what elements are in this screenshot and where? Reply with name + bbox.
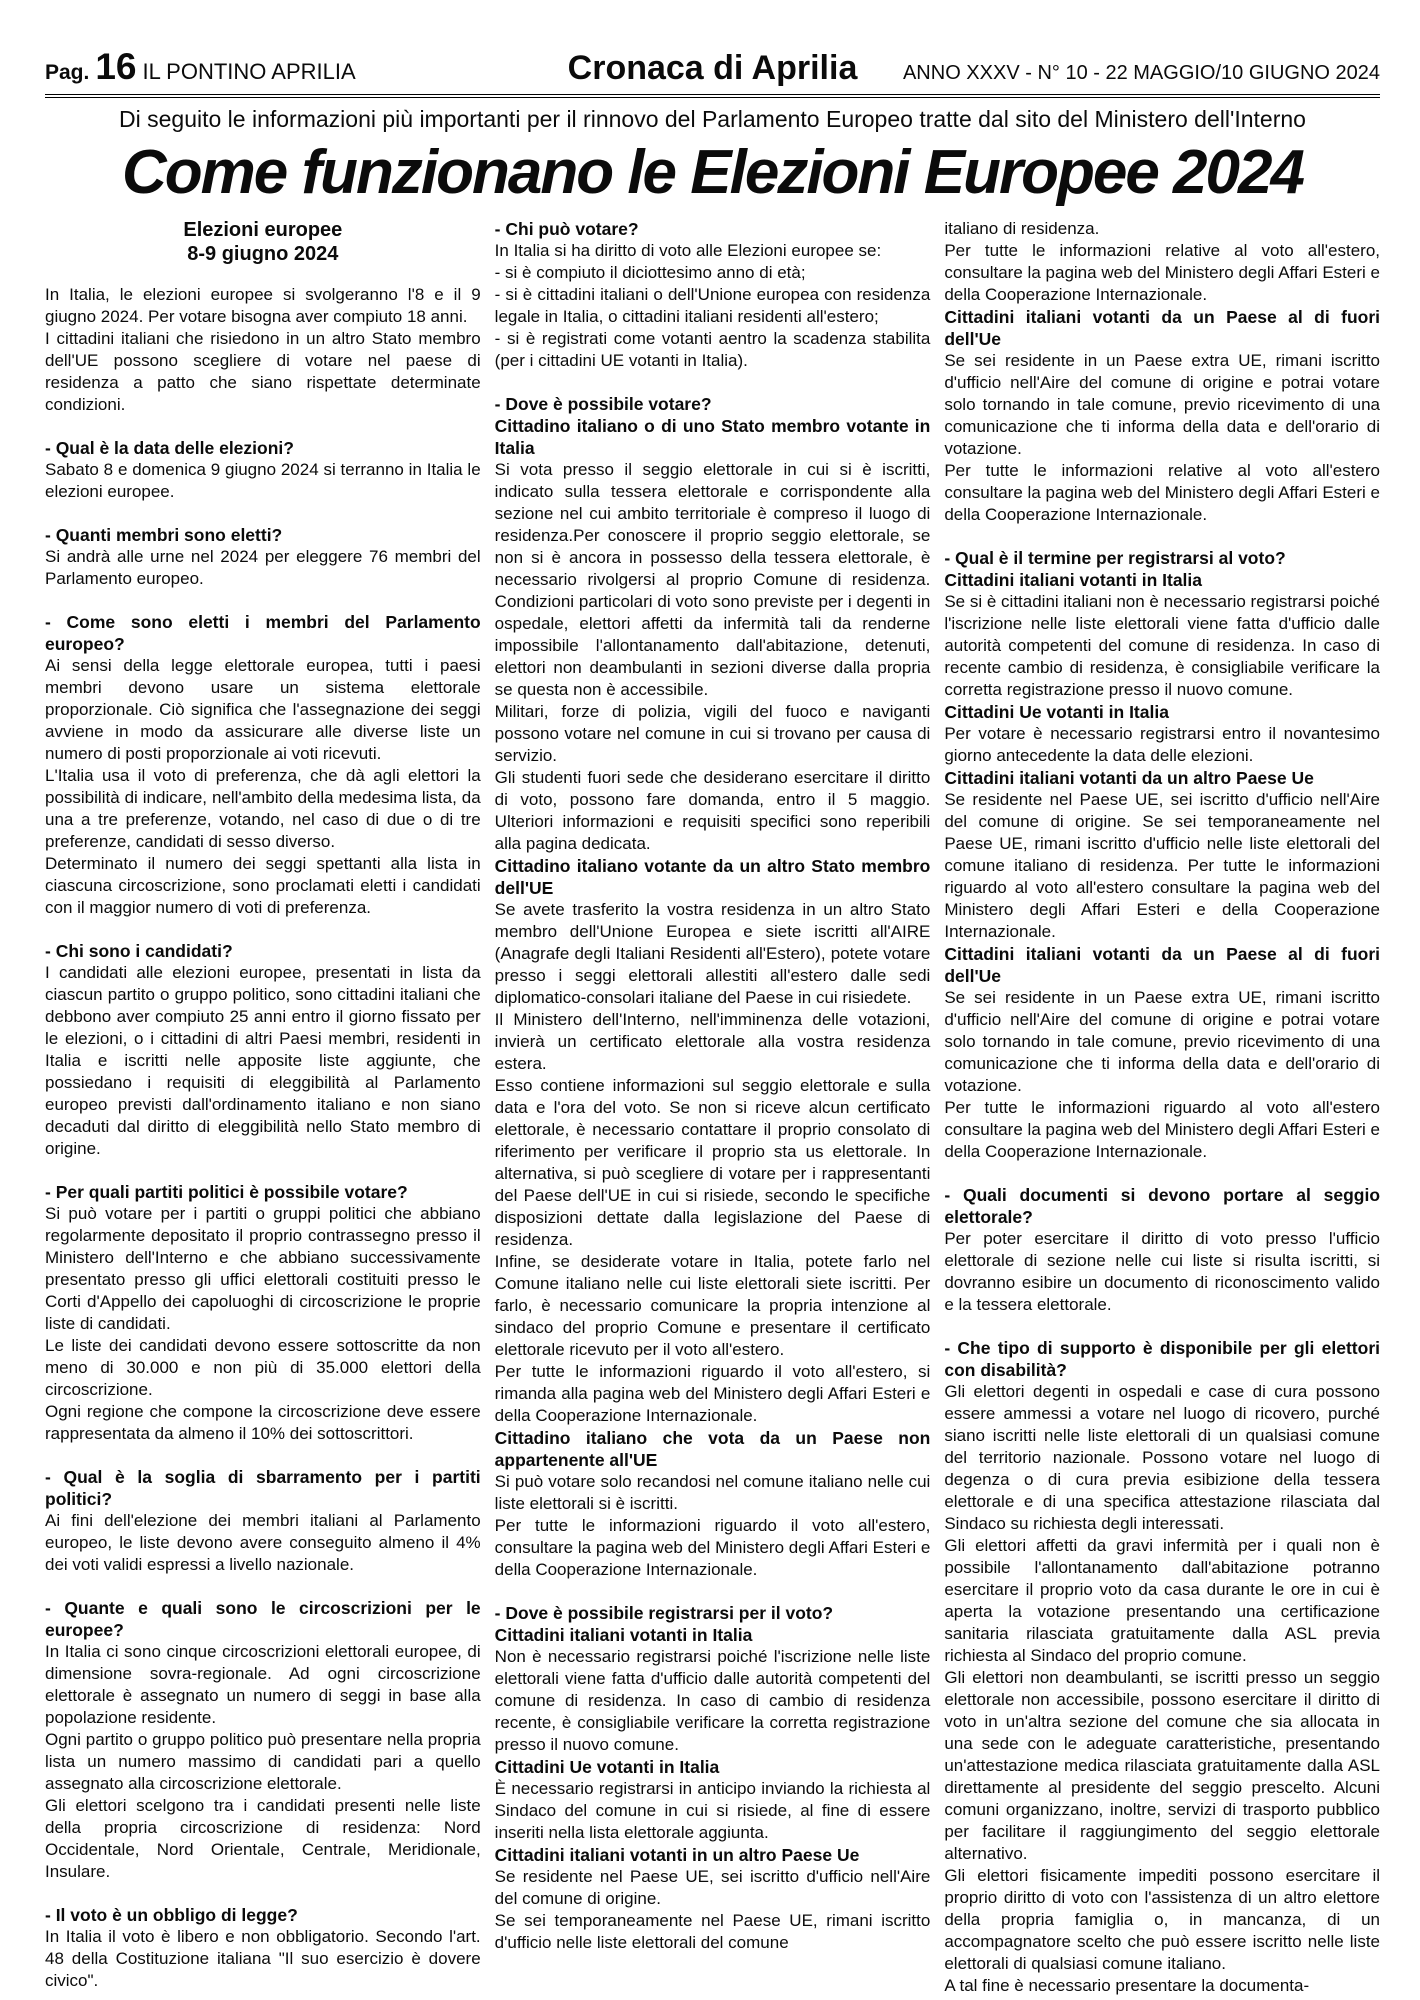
paragraph: Se residente nel Paese UE, sei iscritto … bbox=[495, 1866, 931, 1910]
sub-heading: Cittadini italiani votanti da un Paese a… bbox=[944, 306, 1380, 350]
sub-heading: Cittadini italiani votanti da un altro P… bbox=[944, 767, 1380, 789]
masthead-left: Pag. 16 IL PONTINO APRILIA bbox=[45, 48, 568, 85]
paragraph: Per poter esercitare il diritto di voto … bbox=[944, 1228, 1380, 1316]
paragraph: In Italia ci sono cinque circoscrizioni … bbox=[45, 1641, 481, 1729]
paragraph: Gli elettori non deambulanti, se iscritt… bbox=[944, 1667, 1380, 1865]
question-heading: - Qual è il termine per registrarsi al v… bbox=[944, 547, 1380, 569]
paragraph: Per tutte le informazioni relative al vo… bbox=[944, 240, 1380, 306]
paragraph: Determinato il numero dei seggi spettant… bbox=[45, 853, 481, 919]
paragraph: Per tutte le informazioni riguardo il vo… bbox=[495, 1515, 931, 1581]
page-label: Pag. bbox=[45, 61, 89, 85]
paragraph: A tal fine è necessario presentare la do… bbox=[944, 1975, 1380, 1997]
issue-info: ANNO XXXV - N° 10 - 22 MAGGIO/10 GIUGNO … bbox=[857, 62, 1380, 85]
paragraph: - si è cittadini italiani o dell'Unione … bbox=[495, 284, 931, 328]
headline: Come funzionano le Elezioni Europee 2024 bbox=[45, 137, 1380, 208]
paragraph: - si è registrati come votanti aentro la… bbox=[495, 328, 931, 372]
article-column-2: - Chi può votare?In Italia si ha diritto… bbox=[495, 218, 931, 1954]
sub-heading: Cittadini italiani votanti in un altro P… bbox=[495, 1844, 931, 1866]
paragraph: Se sei temporaneamente nel Paese UE, rim… bbox=[495, 1910, 931, 1954]
paragraph: Gli elettori scelgono tra i candidati pr… bbox=[45, 1795, 481, 1883]
question-heading: - Qual è la soglia di sbarramento per i … bbox=[45, 1466, 481, 1510]
article-column-1: Elezioni europee 8-9 giugno 2024In Itali… bbox=[45, 218, 481, 1992]
paragraph: Il Ministero dell'Interno, nell'imminenz… bbox=[495, 1009, 931, 1075]
paragraph: Gli studenti fuori sede che desiderano e… bbox=[495, 767, 931, 855]
question-heading: - Come sono eletti i membri del Parlamen… bbox=[45, 611, 481, 655]
intro-line: Di seguito le informazioni più important… bbox=[45, 106, 1380, 133]
paragraph: Ogni regione che compone la circoscrizio… bbox=[45, 1401, 481, 1445]
paragraph: Ai fini dell'elezione dei membri italian… bbox=[45, 1510, 481, 1576]
section-title: Cronaca di Aprilia bbox=[568, 49, 858, 88]
paragraph: italiano di residenza. bbox=[944, 218, 1380, 240]
question-heading: - Per quali partiti politici è possibile… bbox=[45, 1181, 481, 1203]
article-kicker: Elezioni europee 8-9 giugno 2024 bbox=[45, 218, 481, 266]
question-heading: - Quante e quali sono le circoscrizioni … bbox=[45, 1597, 481, 1641]
paragraph: In Italia si ha diritto di voto alle Ele… bbox=[495, 240, 931, 262]
paragraph: Per votare è necessario registrarsi entr… bbox=[944, 723, 1380, 767]
question-heading: - Chi sono i candidati? bbox=[45, 940, 481, 962]
question-heading: - Che tipo di supporto è disponibile per… bbox=[944, 1337, 1380, 1381]
page-number: 16 bbox=[95, 48, 136, 85]
newspaper-page: Pag. 16 IL PONTINO APRILIA Cronaca di Ap… bbox=[0, 0, 1420, 2000]
paragraph: - si è compiuto il diciottesimo anno di … bbox=[495, 262, 931, 284]
sub-heading: Cittadini italiani votanti da un Paese a… bbox=[944, 943, 1380, 987]
paragraph: Si vota presso il seggio elettorale in c… bbox=[495, 459, 931, 701]
paragraph: Gli elettori affetti da gravi infermità … bbox=[944, 1535, 1380, 1667]
paragraph: In Italia il voto è libero e non obbliga… bbox=[45, 1926, 481, 1992]
paragraph: I cittadini italiani che risiedono in un… bbox=[45, 328, 481, 416]
paragraph: È necessario registrarsi in anticipo inv… bbox=[495, 1778, 931, 1844]
paragraph: L'Italia usa il voto di preferenza, che … bbox=[45, 765, 481, 853]
paragraph: Non è necessario registrarsi poiché l'is… bbox=[495, 1646, 931, 1756]
question-heading: - Quali documenti si devono portare al s… bbox=[944, 1184, 1380, 1228]
paragraph: Per tutte le informazioni relative al vo… bbox=[944, 460, 1380, 526]
sub-heading: Cittadino italiano o di uno Stato membro… bbox=[495, 415, 931, 459]
sub-heading: Cittadini italiani votanti in Italia bbox=[944, 569, 1380, 591]
paragraph: Ogni partito o gruppo politico può prese… bbox=[45, 1729, 481, 1795]
paragraph: Le liste dei candidati devono essere sot… bbox=[45, 1335, 481, 1401]
question-heading: - Quanti membri sono eletti? bbox=[45, 524, 481, 546]
paragraph: Se avete trasferito la vostra residenza … bbox=[495, 899, 931, 1009]
paragraph: Si può votare solo recandosi nel comune … bbox=[495, 1471, 931, 1515]
paragraph: Se sei residente in un Paese extra UE, r… bbox=[944, 350, 1380, 460]
paragraph: Gli elettori fisicamente impediti posson… bbox=[944, 1865, 1380, 1975]
paragraph: Sabato 8 e domenica 9 giugno 2024 si ter… bbox=[45, 459, 481, 503]
newspaper-name: IL PONTINO APRILIA bbox=[143, 59, 356, 85]
paragraph: Infine, se desiderate votare in Italia, … bbox=[495, 1251, 931, 1361]
paragraph: Se sei residente in un Paese extra UE, r… bbox=[944, 987, 1380, 1097]
paragraph: Si può votare per i partiti o gruppi pol… bbox=[45, 1203, 481, 1335]
paragraph: In Italia, le elezioni europee si svolge… bbox=[45, 284, 481, 328]
paragraph: Ai sensi della legge elettorale europea,… bbox=[45, 655, 481, 765]
sub-heading: Cittadino italiano che vota da un Paese … bbox=[495, 1427, 931, 1471]
question-heading: - Il voto è un obbligo di legge? bbox=[45, 1904, 481, 1926]
question-heading: - Dove è possibile votare? bbox=[495, 393, 931, 415]
article-body: Elezioni europee 8-9 giugno 2024In Itali… bbox=[45, 218, 1380, 1997]
question-heading: - Chi può votare? bbox=[495, 218, 931, 240]
paragraph: Per tutte le informazioni riguardo al vo… bbox=[944, 1097, 1380, 1163]
sub-heading: Cittadino italiano votante da un altro S… bbox=[495, 855, 931, 899]
question-heading: - Qual è la data delle elezioni? bbox=[45, 437, 481, 459]
paragraph: Se residente nel Paese UE, sei iscritto … bbox=[944, 789, 1380, 943]
paragraph: Per tutte le informazioni riguardo il vo… bbox=[495, 1361, 931, 1427]
paragraph: I candidati alle elezioni europee, prese… bbox=[45, 962, 481, 1160]
sub-heading: Cittadini Ue votanti in Italia bbox=[495, 1756, 931, 1778]
sub-heading: Cittadini italiani votanti in Italia bbox=[495, 1624, 931, 1646]
masthead: Pag. 16 IL PONTINO APRILIA Cronaca di Ap… bbox=[45, 48, 1380, 98]
question-heading: - Dove è possibile registrarsi per il vo… bbox=[495, 1602, 931, 1624]
paragraph: Esso contiene informazioni sul seggio el… bbox=[495, 1075, 931, 1251]
paragraph: Se si è cittadini italiani non è necessa… bbox=[944, 591, 1380, 701]
paragraph: Militari, forze di polizia, vigili del f… bbox=[495, 701, 931, 767]
paragraph: Si andrà alle urne nel 2024 per eleggere… bbox=[45, 546, 481, 590]
sub-heading: Cittadini Ue votanti in Italia bbox=[944, 701, 1380, 723]
paragraph: Gli elettori degenti in ospedali e case … bbox=[944, 1381, 1380, 1535]
article-column-3: italiano di residenza.Per tutte le infor… bbox=[944, 218, 1380, 1997]
